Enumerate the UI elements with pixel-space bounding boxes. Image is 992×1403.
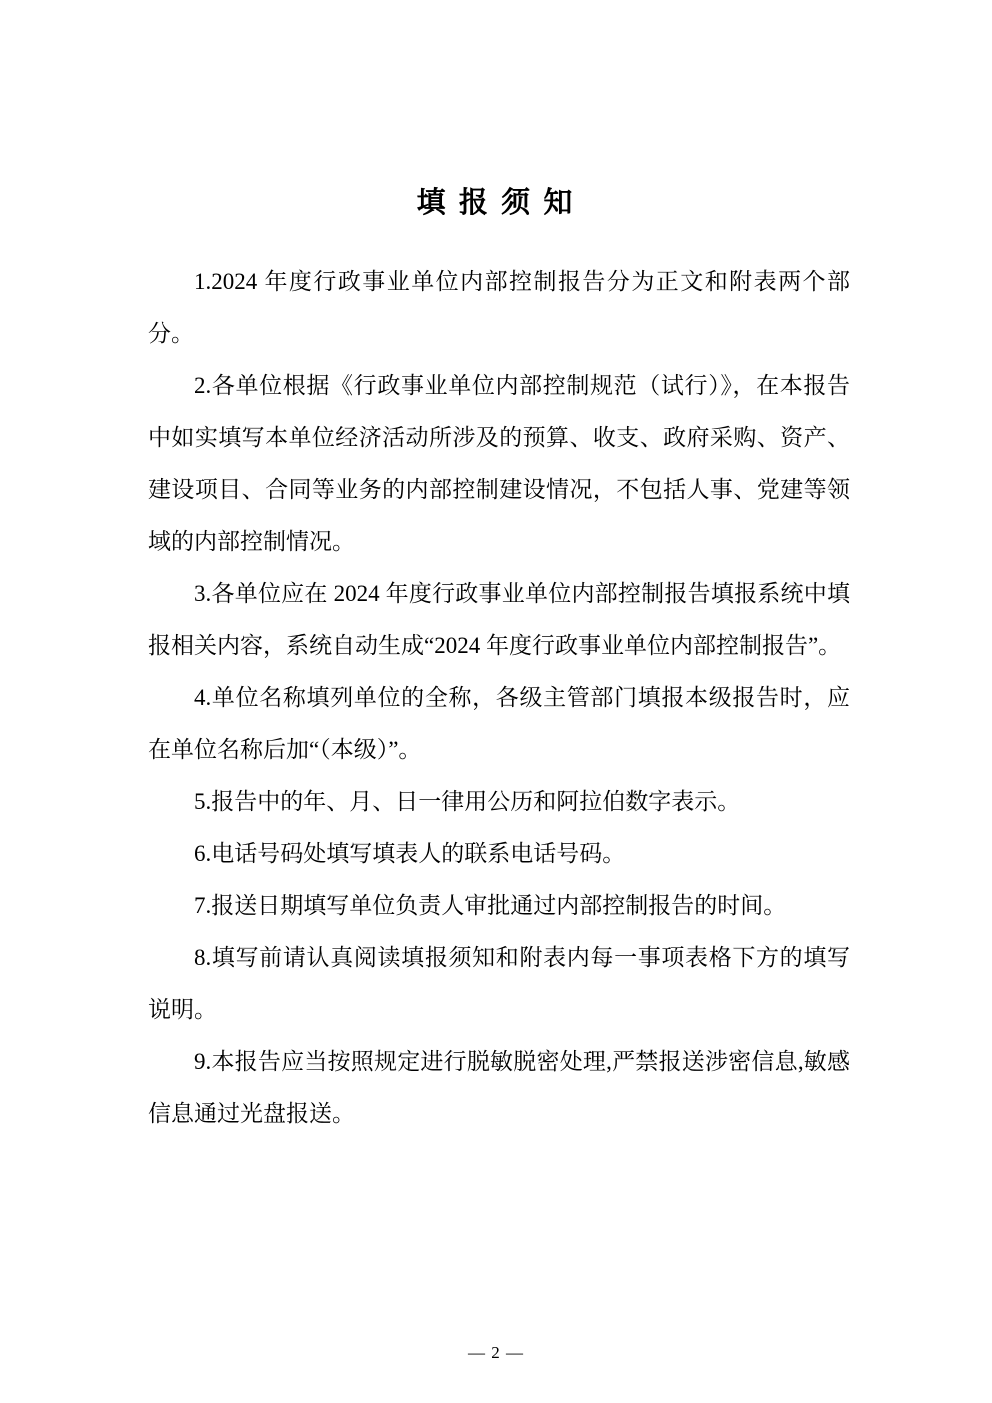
page-number: — 2 —	[0, 1343, 992, 1363]
paragraph: 8.填写前请认真阅读填报须知和附表内每一事项表格下方的填写说明。	[148, 932, 850, 1036]
page-title: 填 报 须 知	[0, 180, 992, 221]
paragraph: 9.本报告应当按照规定进行脱敏脱密处理,严禁报送涉密信息,敏感信息通过光盘报送。	[148, 1036, 850, 1140]
paragraph: 2.各单位根据《行政事业单位内部控制规范（试行）》，在本报告中如实填写本单位经济…	[148, 360, 850, 568]
document-body: 1.2024 年度行政事业单位内部控制报告分为正文和附表两个部分。2.各单位根据…	[148, 256, 850, 1140]
paragraph: 5.报告中的年、月、日一律用公历和阿拉伯数字表示。	[148, 776, 850, 828]
paragraph: 6.电话号码处填写填表人的联系电话号码。	[148, 828, 850, 880]
document-page: 填 报 须 知 1.2024 年度行政事业单位内部控制报告分为正文和附表两个部分…	[0, 0, 992, 1403]
paragraph: 4.单位名称填列单位的全称，各级主管部门填报本级报告时，应在单位名称后加“（本级…	[148, 672, 850, 776]
paragraph: 7.报送日期填写单位负责人审批通过内部控制报告的时间。	[148, 880, 850, 932]
paragraph: 3.各单位应在 2024 年度行政事业单位内部控制报告填报系统中填报相关内容，系…	[148, 568, 850, 672]
paragraph: 1.2024 年度行政事业单位内部控制报告分为正文和附表两个部分。	[148, 256, 850, 360]
